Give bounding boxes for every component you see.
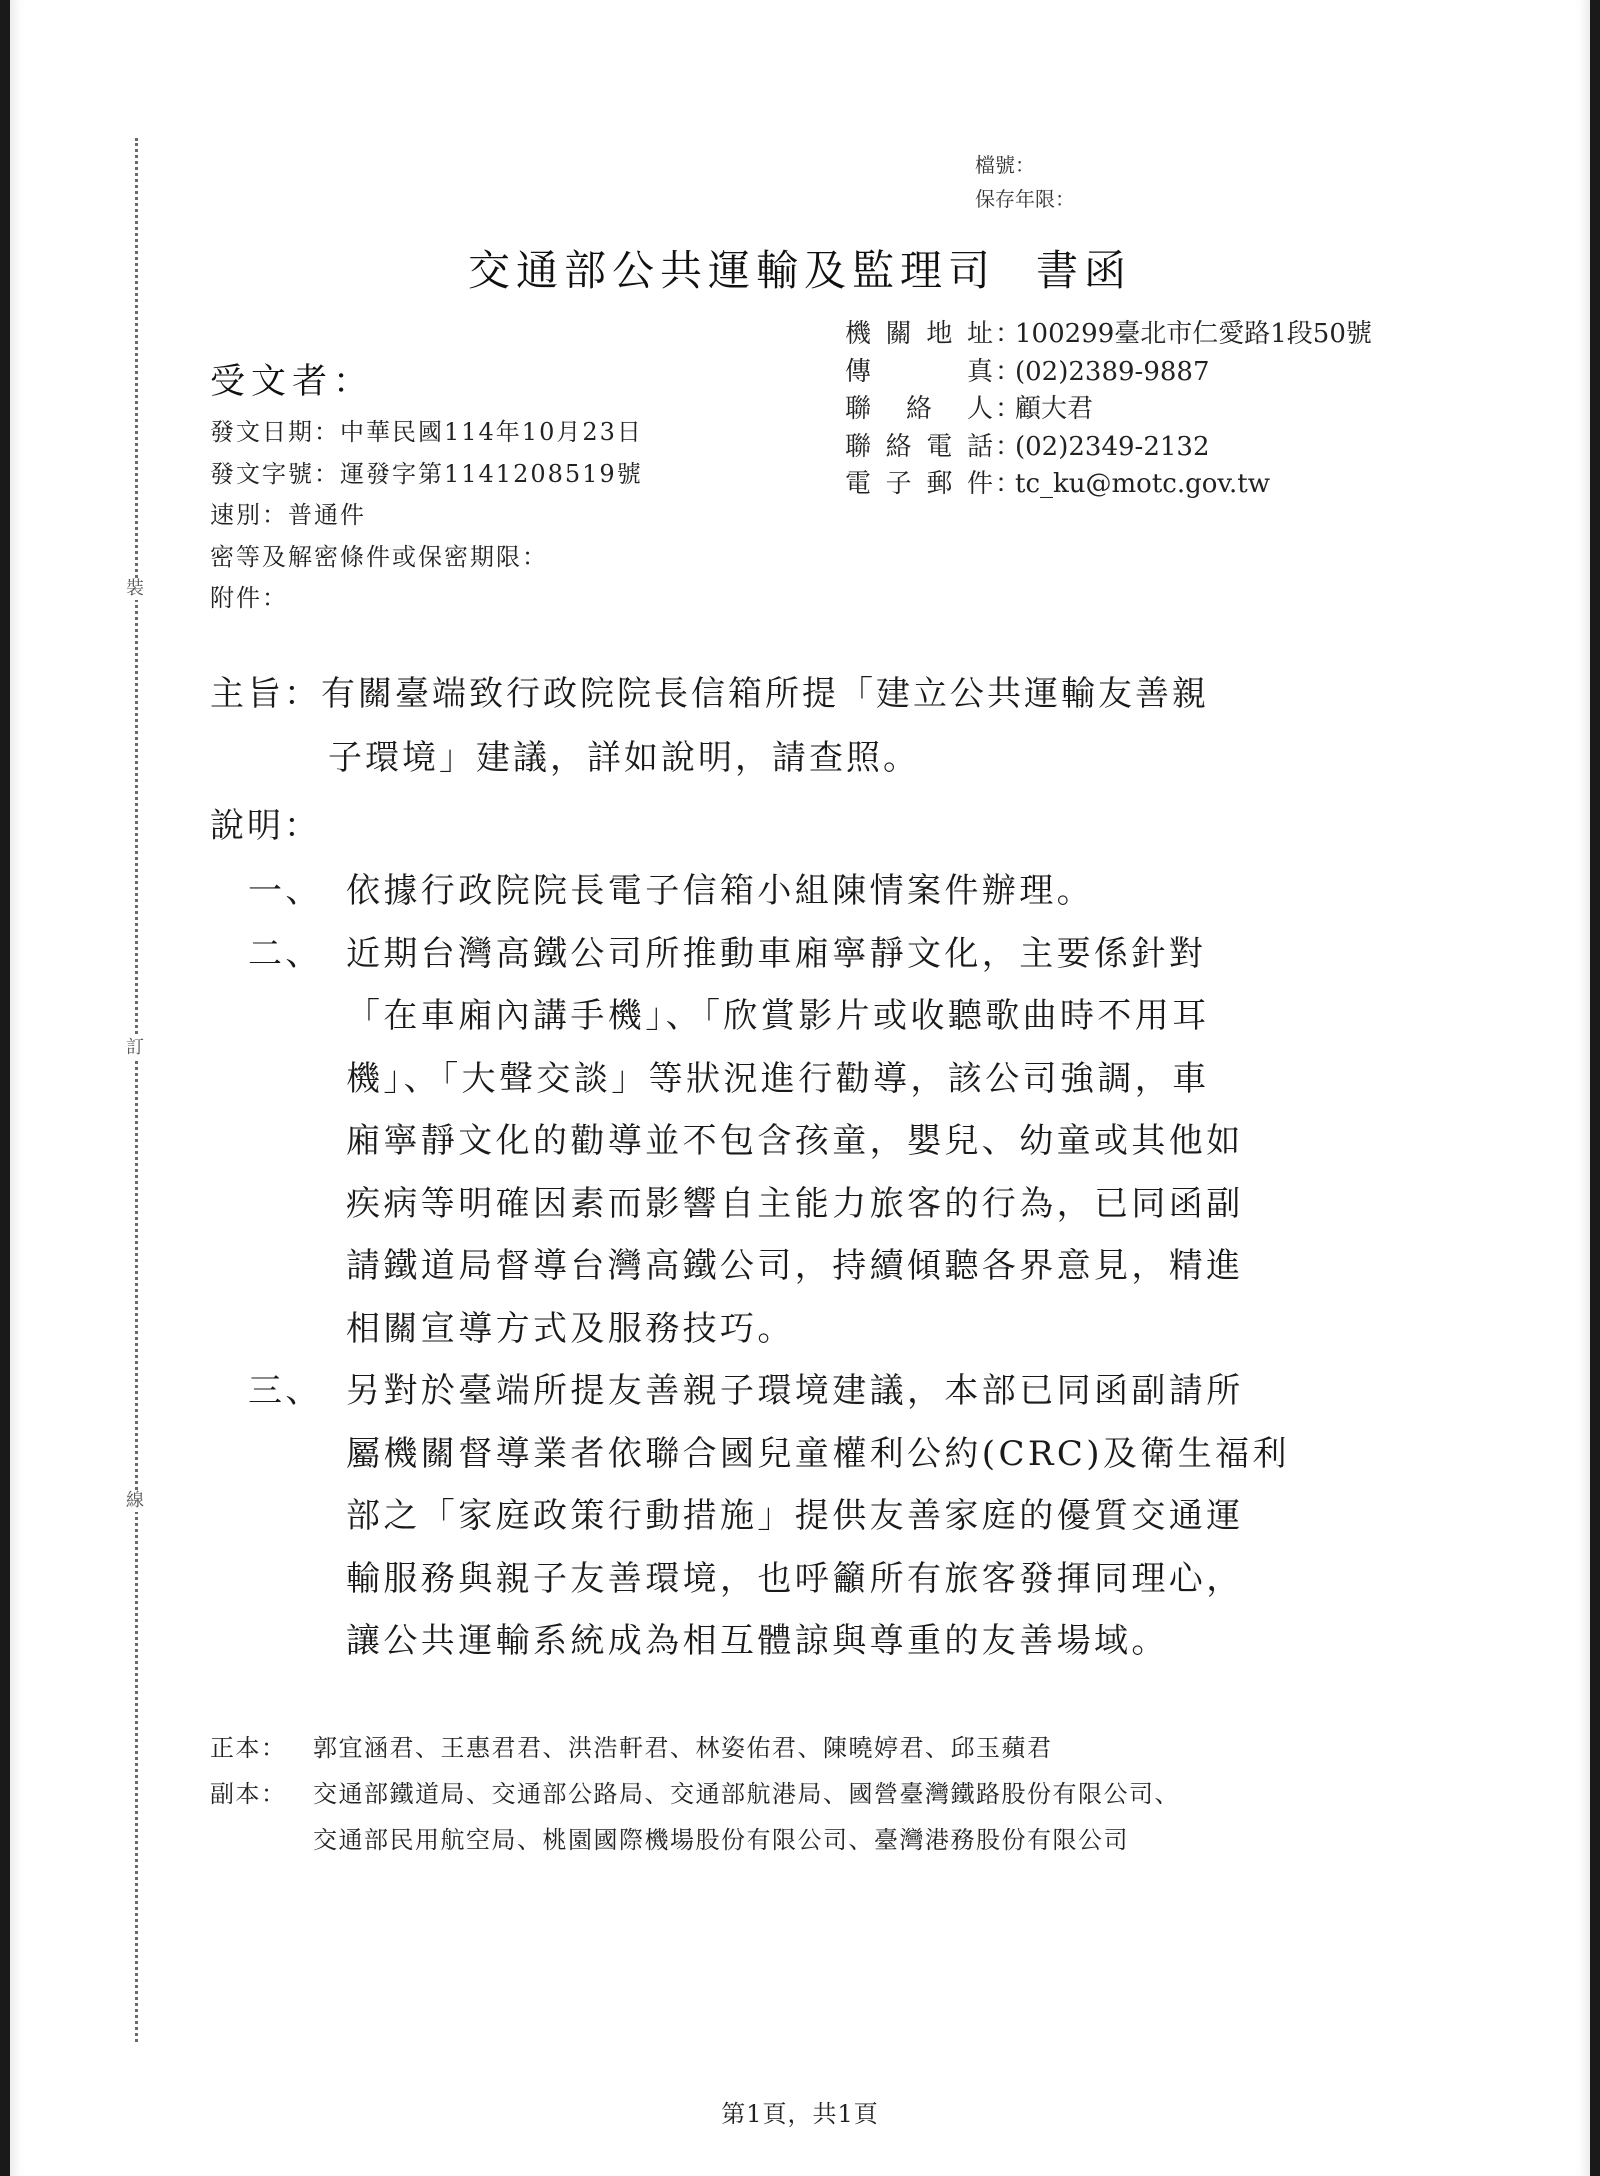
item-line: 近期台灣高鐵公司所推動車廂寧靜文化，主要係針對 — [346, 923, 1408, 986]
explanation-item-1: 一、 依據行政院院長電子信箱小組陳情案件辦理。 — [248, 860, 1408, 923]
item-line: 讓公共運輸系統成為相互體諒與尊重的友善場域。 — [346, 1610, 1408, 1673]
item-line: 相關宣導方式及服務技巧。 — [346, 1298, 1408, 1361]
contact-address: 機關地址 ： 100299臺北市仁愛路1段50號 — [845, 316, 1372, 354]
item-number: 三、 — [248, 1360, 346, 1673]
doc-type: 書函 — [1036, 246, 1132, 295]
item-line: 依據行政院院長電子信箱小組陳情案件辦理。 — [346, 860, 1408, 923]
item-number: 一、 — [248, 860, 346, 923]
subject-line-2: 子環境」建議，詳如說明，請查照。 — [210, 726, 1209, 790]
explanation-items: 一、 依據行政院院長電子信箱小組陳情案件辦理。 二、 近期台灣高鐵公司所推動車廂… — [248, 860, 1408, 1673]
item-number: 二、 — [248, 923, 346, 1361]
contact-label: 電子郵件 — [845, 466, 995, 504]
binding-dotted-line — [135, 138, 138, 2042]
item-line: 疾病等明確因素而影響自主能力旅客的行為，已同函副 — [346, 1173, 1408, 1236]
original-recipients: 正本： 郭宜涵君、王惠君君、洪浩軒君、林姿佑君、陳曉婷君、邱玉蘋君 — [210, 1725, 1180, 1771]
contact-label: 傳真 — [845, 354, 995, 392]
item-line: 請鐵道局督導台灣高鐵公司，持續傾聽各界意見，精進 — [346, 1235, 1408, 1298]
subject-label: 主旨： — [210, 674, 321, 714]
contact-email: 電子郵件 ： tc_ku@motc.gov.tw — [845, 466, 1372, 504]
contact-phone: 聯絡電話 ： (02)2349-2132 — [845, 429, 1372, 467]
item-line: 輸服務與親子友善環境，也呼籲所有旅客發揮同理心， — [346, 1548, 1408, 1611]
contact-value: (02)2389-9887 — [1015, 354, 1210, 392]
document-page: 裝 訂 線 檔號： 保存年限： 交通部公共運輸及監理司書函 機關地址 ： 100… — [10, 0, 1590, 2176]
document-title: 交通部公共運輸及監理司書函 — [10, 238, 1590, 298]
delivery-speed: 速別：普通件 — [210, 495, 643, 537]
issue-date: 發文日期：中華民國114年10月23日 — [210, 412, 643, 454]
page-number: 第1頁，共1頁 — [10, 2094, 1590, 2129]
file-meta: 檔號： 保存年限： — [975, 148, 1075, 216]
cc-line: 交通部鐵道局、交通部公路局、交通部航港局、國營臺灣鐵路股份有限公司、 — [313, 1771, 1180, 1817]
contact-label: 聯絡人 — [845, 391, 995, 429]
contact-value: (02)2349-2132 — [1015, 429, 1210, 467]
agency-name: 交通部公共運輸及監理司 — [468, 246, 996, 295]
contact-person: 聯絡人 ： 顧大君 — [845, 391, 1372, 429]
item-line: 屬機關督導業者依聯合國兒童權利公約(CRC)及衛生福利 — [346, 1423, 1408, 1486]
cc-label: 副本： — [210, 1771, 313, 1863]
secrecy-level: 密等及解密條件或保密期限： — [210, 537, 643, 579]
item-line: 「在車廂內講手機」、「欣賞影片或收聽歌曲時不用耳 — [346, 985, 1408, 1048]
document-meta: 發文日期：中華民國114年10月23日 發文字號：運發字第1141208519號… — [210, 412, 643, 620]
explanation-item-3: 三、 另對於臺端所提友善親子環境建議，本部已同函副請所 屬機關督導業者依聯合國兒… — [248, 1360, 1408, 1673]
item-line: 部之「家庭政策行動措施」提供友善家庭的優質交通運 — [346, 1485, 1408, 1548]
binding-mark-xian: 線 — [122, 1490, 148, 1512]
binding-mark-ding: 訂 — [122, 1037, 148, 1059]
original-label: 正本： — [210, 1725, 313, 1771]
cc-line: 交通部民用航空局、桃園國際機場股份有限公司、臺灣港務股份有限公司 — [313, 1817, 1180, 1863]
contact-value: 100299臺北市仁愛路1段50號 — [1015, 316, 1372, 354]
retention-label: 保存年限： — [975, 182, 1075, 216]
attachment: 附件： — [210, 578, 643, 620]
item-line: 機」、「大聲交談」等狀況進行勸導，該公司強調，車 — [346, 1048, 1408, 1111]
contact-fax: 傳真 ： (02)2389-9887 — [845, 354, 1372, 392]
contact-value: 顧大君 — [1015, 391, 1093, 429]
subject-section: 主旨：有關臺端致行政院院長信箱所提「建立公共運輸友善親 子環境」建議，詳如說明，… — [210, 662, 1209, 790]
explanation-label: 說明： — [210, 798, 321, 847]
file-number-label: 檔號： — [975, 148, 1075, 182]
item-line: 廂寧靜文化的勸導並不包含孩童，嬰兒、幼童或其他如 — [346, 1110, 1408, 1173]
original-list: 郭宜涵君、王惠君君、洪浩軒君、林姿佑君、陳曉婷君、邱玉蘋君 — [313, 1725, 1053, 1771]
explanation-item-2: 二、 近期台灣高鐵公司所推動車廂寧靜文化，主要係針對 「在車廂內講手機」、「欣賞… — [248, 923, 1408, 1361]
binding-mark-zhuang: 裝 — [122, 578, 148, 600]
contact-block: 機關地址 ： 100299臺北市仁愛路1段50號 傳真 ： (02)2389-9… — [845, 316, 1372, 504]
subject-line-1: 有關臺端致行政院院長信箱所提「建立公共運輸友善親 — [321, 674, 1209, 714]
distribution-section: 正本： 郭宜涵君、王惠君君、洪浩軒君、林姿佑君、陳曉婷君、邱玉蘋君 副本： 交通… — [210, 1725, 1180, 1863]
contact-label: 機關地址 — [845, 316, 995, 354]
contact-email-value[interactable]: tc_ku@motc.gov.tw — [1015, 466, 1270, 504]
contact-label: 聯絡電話 — [845, 429, 995, 467]
document-number: 發文字號：運發字第1141208519號 — [210, 454, 643, 496]
item-line: 另對於臺端所提友善親子環境建議，本部已同函副請所 — [346, 1360, 1408, 1423]
recipient-label: 受文者： — [210, 354, 374, 404]
cc-recipients: 副本： 交通部鐵道局、交通部公路局、交通部航港局、國營臺灣鐵路股份有限公司、 交… — [210, 1771, 1180, 1863]
